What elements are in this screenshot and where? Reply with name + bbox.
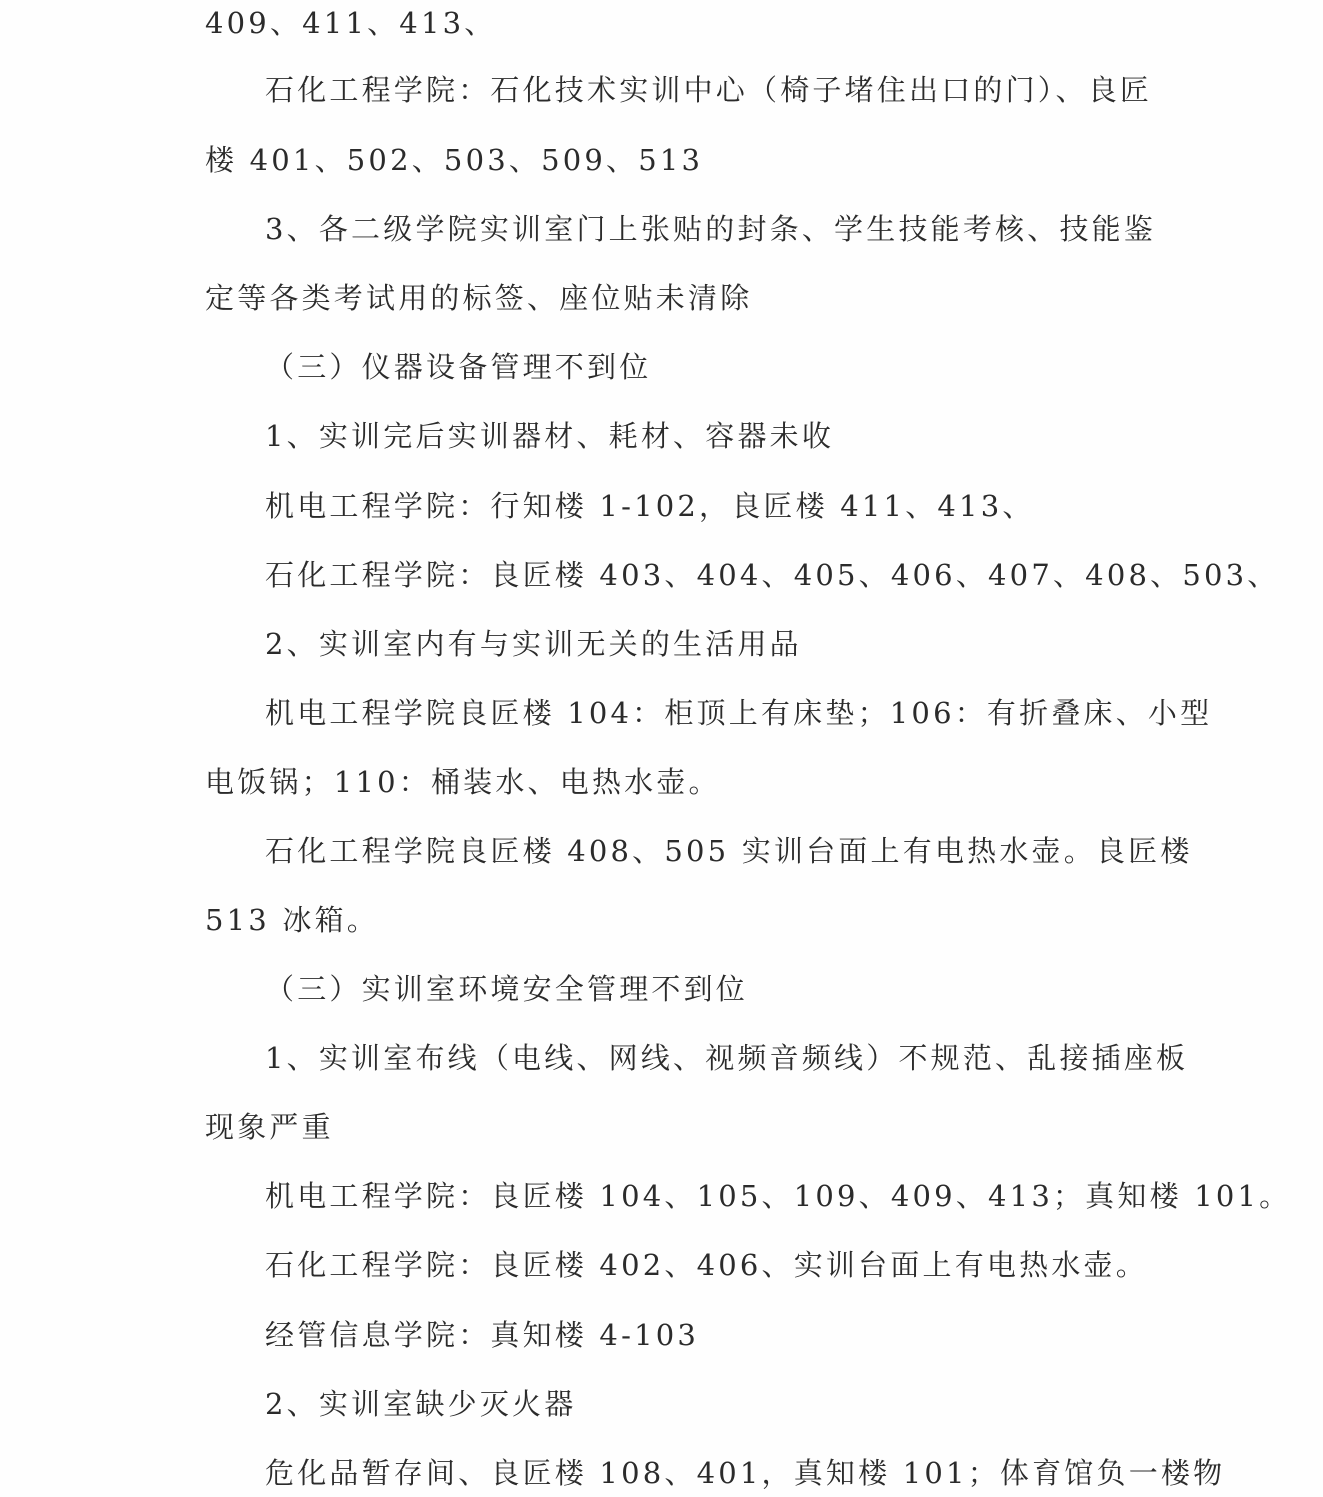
- text-line: 石化工程学院：良匠楼 402、406、实训台面上有电热水壶。: [265, 1245, 1130, 1285]
- text-line: （三）实训室环境安全管理不到位: [265, 969, 1130, 1009]
- text-line: 409、411、413、: [205, 3, 1130, 43]
- document-page: 409、411、413、石化工程学院：石化技术实训中心（椅子堵住出口的门）、良匠…: [0, 0, 1323, 1497]
- text-line: 石化工程学院：石化技术实训中心（椅子堵住出口的门）、良匠: [265, 70, 1130, 110]
- text-line: 现象严重: [205, 1107, 1130, 1147]
- text-line: 1、实训室布线（电线、网线、视频音频线）不规范、乱接插座板: [265, 1038, 1130, 1078]
- text-line: 电饭锅；110：桶装水、电热水壶。: [205, 762, 1130, 802]
- text-line: 经管信息学院：真知楼 4-103: [265, 1315, 1130, 1355]
- text-line: 513 冰箱。: [205, 900, 1130, 940]
- text-line: 楼 401、502、503、509、513: [205, 140, 1130, 180]
- text-line: 石化工程学院：良匠楼 403、404、405、406、407、408、503、: [265, 555, 1130, 595]
- text-line: 2、实训室内有与实训无关的生活用品: [265, 624, 1130, 664]
- text-line: 定等各类考试用的标签、座位贴未清除: [205, 278, 1130, 318]
- text-line: 1、实训完后实训器材、耗材、容器未收: [265, 416, 1130, 456]
- text-line: 机电工程学院良匠楼 104：柜顶上有床垫；106：有折叠床、小型: [265, 693, 1130, 733]
- text-line: 石化工程学院良匠楼 408、505 实训台面上有电热水壶。良匠楼: [265, 831, 1130, 871]
- text-line: （三）仪器设备管理不到位: [265, 347, 1130, 387]
- text-line: 危化品暂存间、良匠楼 108、401，真知楼 101；体育馆负一楼物: [265, 1453, 1130, 1493]
- text-line: 3、各二级学院实训室门上张贴的封条、学生技能考核、技能鉴: [265, 209, 1130, 249]
- text-line: 机电工程学院：行知楼 1-102，良匠楼 411、413、: [265, 486, 1130, 526]
- text-line: 机电工程学院：良匠楼 104、105、109、409、413；真知楼 101。: [265, 1176, 1130, 1216]
- text-line: 2、实训室缺少灭火器: [265, 1384, 1130, 1424]
